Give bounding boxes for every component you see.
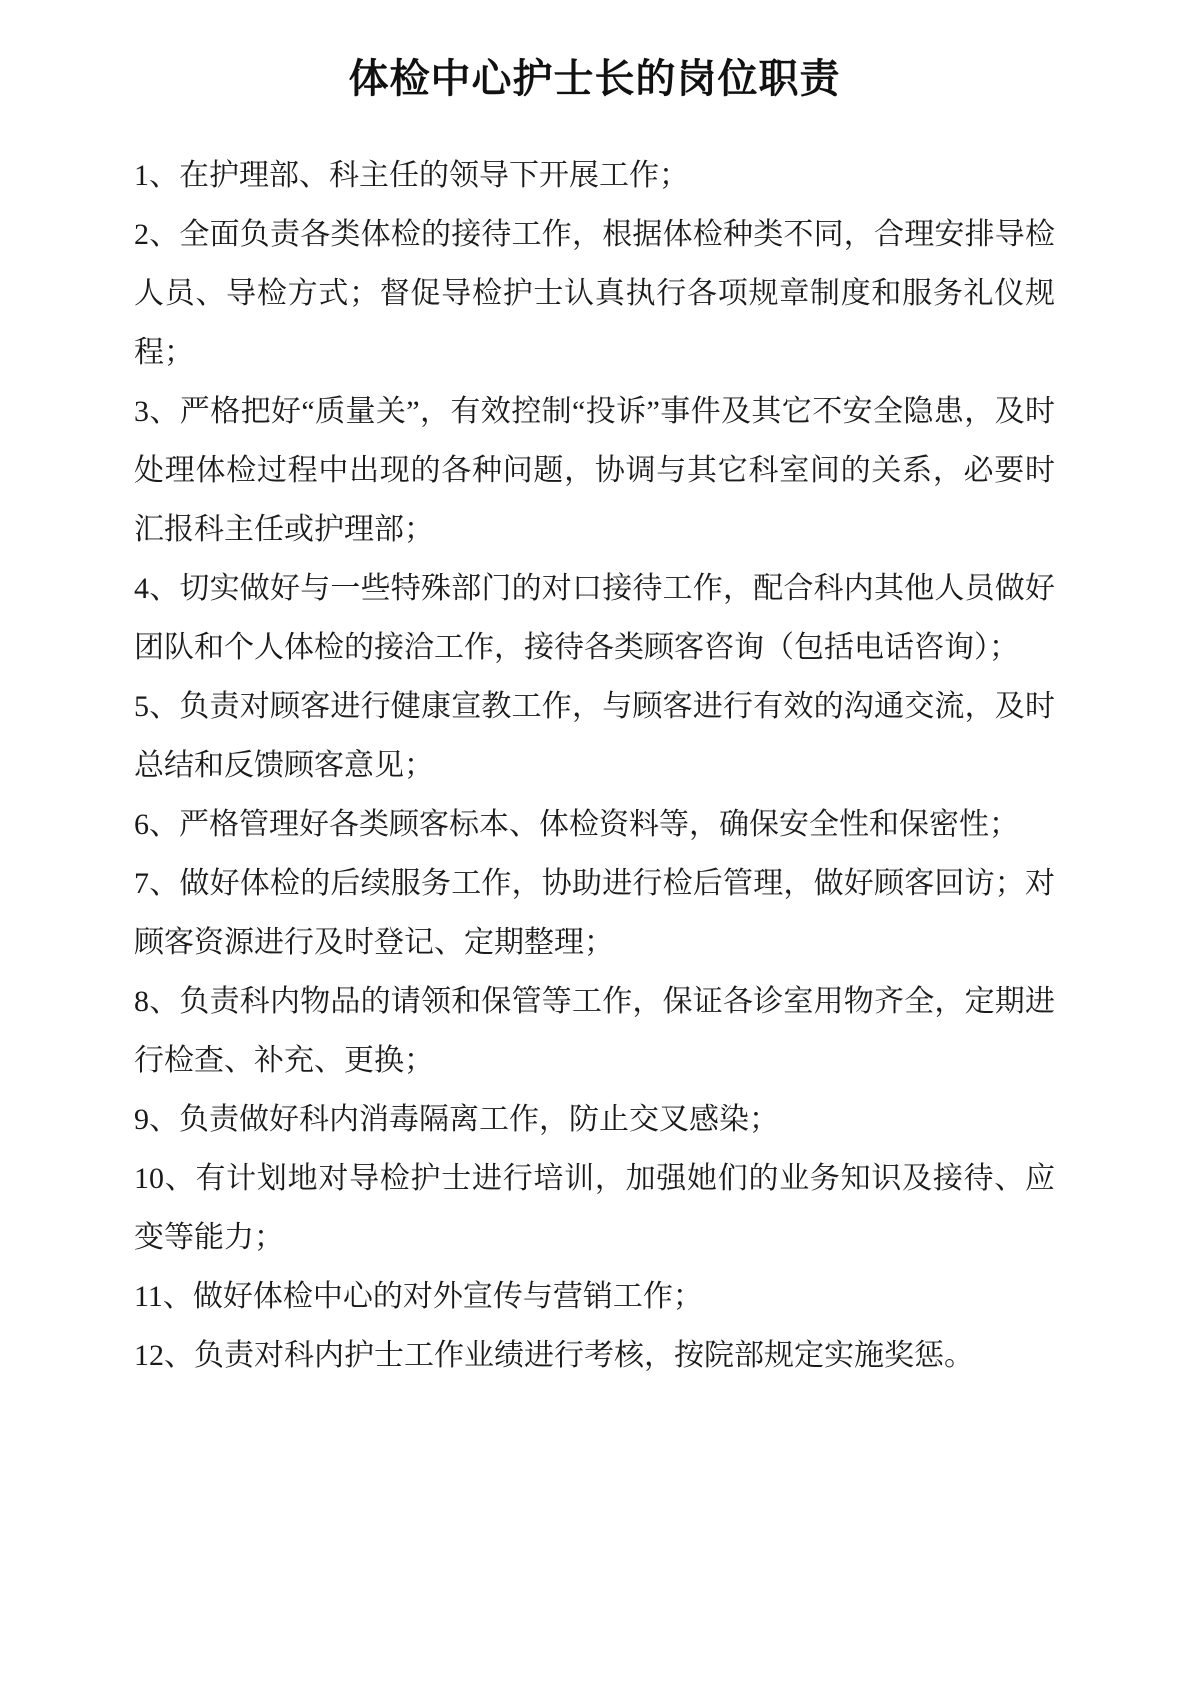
duty-item-9: 9、负责做好科内消毒隔离工作，防止交叉感染； [134,1090,1055,1149]
duty-item-3: 3、严格把好“质量关”，有效控制“投诉”事件及其它不安全隐患，及时处理体检过程中… [134,382,1055,559]
duty-item-1: 1、在护理部、科主任的领导下开展工作； [134,146,1055,205]
duty-item-5: 5、负责对顾客进行健康宣教工作，与顾客进行有效的沟通交流，及时总结和反馈顾客意见… [134,677,1055,795]
duty-item-10: 10、有计划地对导检护士进行培训，加强她们的业务知识及接待、应变等能力； [134,1149,1055,1267]
duty-item-4: 4、切实做好与一些特殊部门的对口接待工作，配合科内其他人员做好团队和个人体检的接… [134,559,1055,677]
duty-list: 1、在护理部、科主任的领导下开展工作； 2、全面负责各类体检的接待工作，根据体检… [134,146,1055,1385]
page-title: 体检中心护士长的岗位职责 [134,50,1055,108]
duty-item-12: 12、负责对科内护士工作业绩进行考核，按院部规定实施奖惩。 [134,1326,1055,1385]
duty-item-6: 6、严格管理好各类顾客标本、体检资料等，确保安全性和保密性； [134,795,1055,854]
duty-item-11: 11、做好体检中心的对外宣传与营销工作； [134,1267,1055,1326]
duty-item-7: 7、做好体检的后续服务工作，协助进行检后管理，做好顾客回访；对顾客资源进行及时登… [134,854,1055,972]
duty-item-2: 2、全面负责各类体检的接待工作，根据体检种类不同，合理安排导检人员、导检方式；督… [134,205,1055,382]
duty-item-8: 8、负责科内物品的请领和保管等工作，保证各诊室用物齐全，定期进行检查、补充、更换… [134,972,1055,1090]
document-page: 体检中心护士长的岗位职责 1、在护理部、科主任的领导下开展工作； 2、全面负责各… [0,0,1189,1682]
